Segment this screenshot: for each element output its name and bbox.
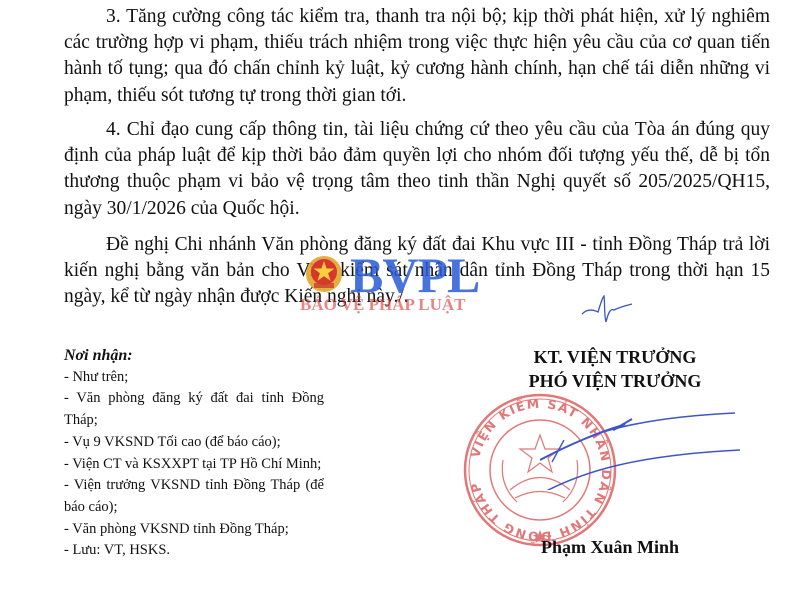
recipient-item: - Như trên; <box>64 367 324 389</box>
recipient-item: - Lưu: VT, HSKS. <box>64 540 324 562</box>
paragraph-3: 3. Tăng cường công tác kiểm tra, thanh t… <box>64 4 770 109</box>
recipient-item: - Văn phòng đăng ký đất đai tỉnh Đồng Th… <box>64 388 324 431</box>
recipients-title: Nơi nhận: <box>64 345 324 367</box>
paragraph-text: 3. Tăng cường công tác kiểm tra, thanh t… <box>64 4 770 109</box>
recipient-item: - Viện CT và KSXXPT tại TP Hồ Chí Minh; <box>64 454 324 476</box>
paragraph-4: 4. Chỉ đạo cung cấp thông tin, tài liệu … <box>64 117 770 222</box>
signer-name: Phạm Xuân Minh <box>470 537 750 558</box>
initial-scribble-icon <box>580 292 640 328</box>
paragraph-text: Đề nghị Chi nhánh Văn phòng đăng ký đất … <box>64 232 770 311</box>
paragraph-text: 4. Chỉ đạo cung cấp thông tin, tài liệu … <box>64 117 770 222</box>
signature-title-line-1: KT. VIỆN TRƯỞNG <box>470 345 760 369</box>
recipient-item: - Viện trưởng VKSND tỉnh Đồng Tháp (để b… <box>64 475 324 518</box>
signature-title-block: KT. VIỆN TRƯỞNG PHÓ VIỆN TRƯỞNG <box>470 345 760 393</box>
recipients-block: Nơi nhận: - Như trên; - Văn phòng đăng k… <box>64 345 324 562</box>
recipient-item: - Văn phòng VKSND tỉnh Đồng Tháp; <box>64 519 324 541</box>
handwritten-signature-icon <box>540 410 740 490</box>
recipient-item: - Vụ 9 VKSND Tối cao (để báo cáo); <box>64 432 324 454</box>
paragraph-request: Đề nghị Chi nhánh Văn phòng đăng ký đất … <box>64 232 770 311</box>
